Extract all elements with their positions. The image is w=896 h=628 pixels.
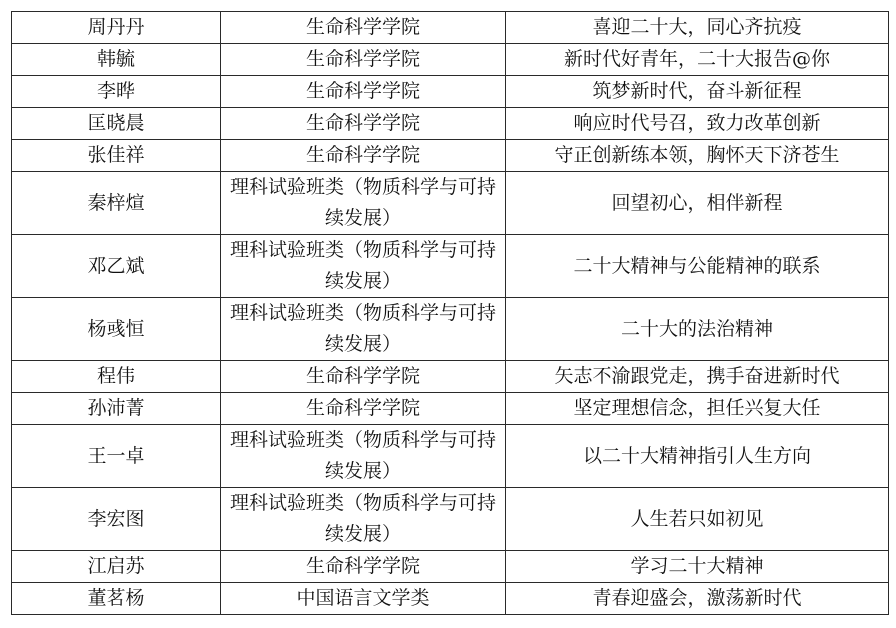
department-cell: 生命科学学院 (221, 551, 506, 583)
table-row: 李宏图 理科试验班类（物质科学与可持续发展） 人生若只如初见 (12, 488, 889, 551)
topic-title-cell: 二十大的法治精神 (506, 298, 889, 361)
table-row: 杨彧恒 理科试验班类（物质科学与可持续发展） 二十大的法治精神 (12, 298, 889, 361)
topic-title-cell: 坚定理想信念，担任兴复大任 (506, 393, 889, 425)
department-cell: 理科试验班类（物质科学与可持续发展） (221, 425, 506, 488)
table-row: 江启苏 生命科学学院 学习二十大精神 (12, 551, 889, 583)
topic-title-cell: 二十大精神与公能精神的联系 (506, 235, 889, 298)
department-text: 理科试验班类（物质科学与可持续发展） (228, 425, 498, 487)
department-cell: 生命科学学院 (221, 108, 506, 140)
department-cell: 理科试验班类（物质科学与可持续发展） (221, 298, 506, 361)
student-name-cell: 李宏图 (12, 488, 221, 551)
department-cell: 生命科学学院 (221, 12, 506, 44)
department-cell: 生命科学学院 (221, 44, 506, 76)
department-cell: 理科试验班类（物质科学与可持续发展） (221, 488, 506, 551)
student-name-cell: 董茗杨 (12, 583, 221, 615)
topic-title-cell: 矢志不渝跟党走，携手奋进新时代 (506, 361, 889, 393)
student-name-cell: 周丹丹 (12, 12, 221, 44)
student-name-cell: 邓乙斌 (12, 235, 221, 298)
department-cell: 生命科学学院 (221, 76, 506, 108)
table-row: 韩毓 生命科学学院 新时代好青年，二十大报告@你 (12, 44, 889, 76)
topic-title-cell: 以二十大精神指引人生方向 (506, 425, 889, 488)
department-cell: 理科试验班类（物质科学与可持续发展） (221, 172, 506, 235)
department-text: 理科试验班类（物质科学与可持续发展） (228, 298, 498, 360)
table-row: 周丹丹 生命科学学院 喜迎二十大，同心齐抗疫 (12, 12, 889, 44)
student-name-cell: 江启苏 (12, 551, 221, 583)
student-name-cell: 杨彧恒 (12, 298, 221, 361)
topic-title-cell: 守正创新练本领，胸怀天下济苍生 (506, 140, 889, 172)
department-text: 理科试验班类（物质科学与可持续发展） (228, 488, 498, 550)
student-name-cell: 韩毓 (12, 44, 221, 76)
topic-title-cell: 新时代好青年，二十大报告@你 (506, 44, 889, 76)
student-name-cell: 程伟 (12, 361, 221, 393)
topic-title-cell: 筑梦新时代，奋斗新征程 (506, 76, 889, 108)
topic-title-cell: 人生若只如初见 (506, 488, 889, 551)
department-cell: 理科试验班类（物质科学与可持续发展） (221, 235, 506, 298)
table-row: 秦梓煊 理科试验班类（物质科学与可持续发展） 回望初心，相伴新程 (12, 172, 889, 235)
table-row: 王一卓 理科试验班类（物质科学与可持续发展） 以二十大精神指引人生方向 (12, 425, 889, 488)
table-row: 张佳祥 生命科学学院 守正创新练本领，胸怀天下济苍生 (12, 140, 889, 172)
table-row: 程伟 生命科学学院 矢志不渝跟党走，携手奋进新时代 (12, 361, 889, 393)
topic-title-cell: 青春迎盛会，激荡新时代 (506, 583, 889, 615)
topic-title-cell: 学习二十大精神 (506, 551, 889, 583)
roster-table-body: 周丹丹 生命科学学院 喜迎二十大，同心齐抗疫 韩毓 生命科学学院 新时代好青年，… (12, 12, 889, 615)
roster-table: 周丹丹 生命科学学院 喜迎二十大，同心齐抗疫 韩毓 生命科学学院 新时代好青年，… (11, 11, 889, 615)
department-cell: 生命科学学院 (221, 393, 506, 425)
student-name-cell: 匡晓晨 (12, 108, 221, 140)
department-text: 理科试验班类（物质科学与可持续发展） (228, 235, 498, 297)
table-row: 李晔 生命科学学院 筑梦新时代，奋斗新征程 (12, 76, 889, 108)
table-row: 匡晓晨 生命科学学院 响应时代号召，致力改革创新 (12, 108, 889, 140)
topic-title-cell: 回望初心，相伴新程 (506, 172, 889, 235)
topic-title-cell: 喜迎二十大，同心齐抗疫 (506, 12, 889, 44)
student-name-cell: 李晔 (12, 76, 221, 108)
student-name-cell: 王一卓 (12, 425, 221, 488)
topic-title-cell: 响应时代号召，致力改革创新 (506, 108, 889, 140)
department-cell: 生命科学学院 (221, 361, 506, 393)
student-name-cell: 孙沛菁 (12, 393, 221, 425)
student-name-cell: 张佳祥 (12, 140, 221, 172)
department-cell: 中国语言文学类 (221, 583, 506, 615)
table-row: 董茗杨 中国语言文学类 青春迎盛会，激荡新时代 (12, 583, 889, 615)
student-name-cell: 秦梓煊 (12, 172, 221, 235)
table-row: 孙沛菁 生命科学学院 坚定理想信念，担任兴复大任 (12, 393, 889, 425)
department-cell: 生命科学学院 (221, 140, 506, 172)
table-row: 邓乙斌 理科试验班类（物质科学与可持续发展） 二十大精神与公能精神的联系 (12, 235, 889, 298)
department-text: 理科试验班类（物质科学与可持续发展） (228, 172, 498, 234)
